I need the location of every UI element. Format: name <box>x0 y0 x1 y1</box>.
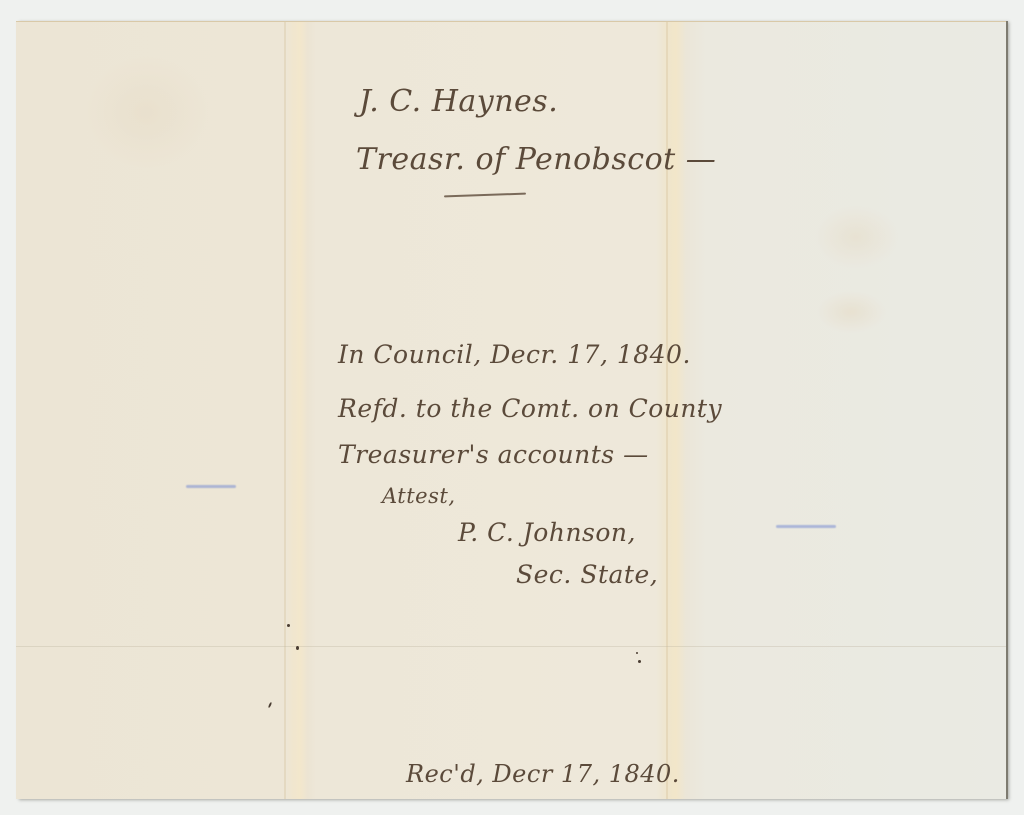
referral-subject-line: Treasurer's accounts — <box>338 440 649 469</box>
title-underline <box>444 193 526 198</box>
ink-speck <box>698 410 700 412</box>
horizontal-fold <box>16 646 1006 647</box>
scan-background: J. C. Haynes. Treasr. of Penobscot — In … <box>0 0 1024 815</box>
received-note: Rec'd, Decr 17, 1840. <box>406 760 680 788</box>
signatory-title: Sec. State, <box>516 560 658 589</box>
blue-ink-mark <box>776 525 836 528</box>
manuscript-page: J. C. Haynes. Treasr. of Penobscot — In … <box>16 21 1006 799</box>
ink-speck <box>268 702 272 708</box>
referral-line: Refd. to the Comt. on County <box>338 394 722 423</box>
ink-speck <box>296 646 299 650</box>
vertical-fold-left <box>284 22 286 799</box>
ink-speck <box>638 660 641 663</box>
addressee-name: J. C. Haynes. <box>359 84 558 119</box>
addressee-title: Treasr. of Penobscot — <box>356 142 716 177</box>
signatory-name: P. C. Johnson, <box>458 518 636 547</box>
ink-speck <box>287 624 290 627</box>
attest-label: Attest, <box>382 484 456 508</box>
council-date-line: In Council, Decr. 17, 1840. <box>338 340 691 369</box>
ink-speck <box>636 652 638 654</box>
blue-ink-mark <box>186 485 236 488</box>
